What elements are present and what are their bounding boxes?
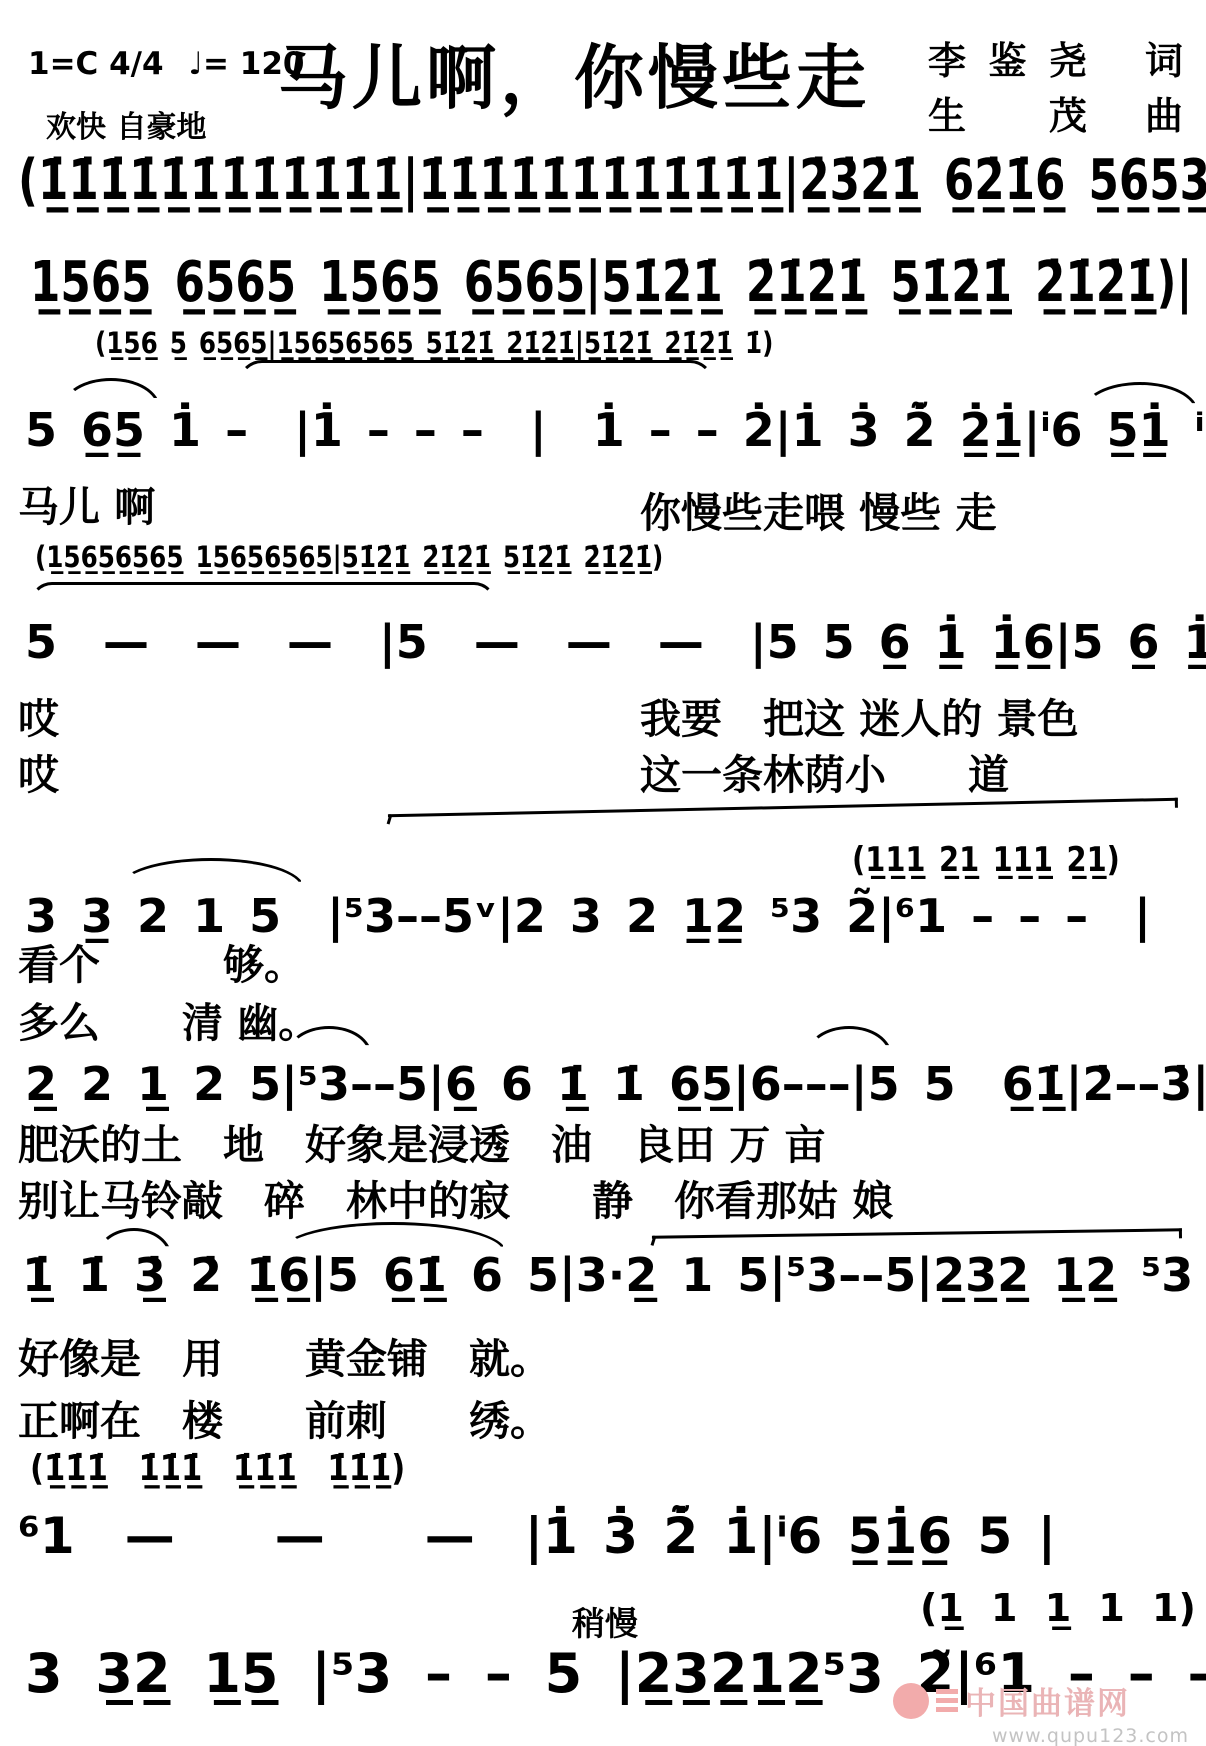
composer-credit: 生 茂 曲 — [928, 89, 1183, 144]
lyrics-line-2-verse1-left: 哎 — [18, 686, 59, 745]
song-title: 马儿啊，你慢些走 — [278, 22, 870, 123]
pickup-notes-2: (1̲5̲6̲5̲6̲5̲6̲5̲ 1̲5̲6̲5̲6̲5̲6̲5̲|5̲1̲̇… — [35, 540, 663, 574]
lyrics-line-2-verse1-right: 我要 把这 迷人的 景色 — [640, 686, 1079, 745]
phrase-slur-arc — [238, 360, 714, 390]
lyrics-line-4-verse1: 肥沃的土 地 好象是浸透 油 良田 万 亩 — [18, 1112, 826, 1171]
lyrics-line-2-verse2-left: 哎 — [18, 742, 59, 801]
lyrics-line-4-verse2: 别让马铃敲 碎 林中的寂 静 你看那姑 娘 — [18, 1168, 893, 1227]
lyrics-line-2-verse2-right: 这一条林荫小 道 — [640, 742, 1009, 801]
lyricist-credit: 李鉴尧 词 — [928, 34, 1183, 89]
lyrics-line-3-verse1: 看个 够。 — [18, 932, 305, 991]
watermark-site-name: 中国曲谱网 — [965, 1678, 1130, 1723]
fill-notes-3: (1̲ 1 1̲ 1 1) — [920, 1586, 1196, 1630]
watermark-site-url: www.qupu123.com — [893, 1725, 1193, 1746]
lyrics-line-5-verse1: 好像是 用 黄金铺 就。 — [18, 1326, 551, 1385]
expression-marking: 欢快 自豪地 — [46, 102, 206, 146]
intro-notes-line-1: (1̲̇1̲̇1̲̇1̲̇1̲̇1̲̇1̲̇1̲̇1̲̇1̲̇1̲̇1̲̇|1̲… — [18, 148, 1206, 213]
fill-notes-1: (1̲1̲1̲ 2̲1̲ 1̲1̲1̲ 2̲1̲) — [852, 840, 1120, 880]
lyrics-line-1-left: 马儿 啊 — [18, 474, 155, 533]
pickup-notes-1: (1̲5̲6̲ 5̲ 6̲5̲6̲5̲|1̲5̲6̲5̲6̲5̲6̲5̲ 5̲1… — [95, 326, 773, 360]
melody-line-4: 2̲ 2 1̲ 2 5|⁵3––5|6̲ 6 1̲̇ 1̇ 6̲5̲|6–––|… — [25, 1048, 1206, 1114]
lyrics-line-5-verse2: 正啊在 楼 前刺 绣。 — [18, 1388, 551, 1447]
qupu-logo-icon — [893, 1683, 929, 1719]
key-signature: 1=C 4/4 — [28, 46, 164, 82]
melody-line-1: 5 6̲5̲ 1̇ – |1̇ – – – | 1̇ – – 2̇|1̇ 3̇ … — [25, 394, 1206, 460]
tempo-change-label: 稍慢 — [572, 1598, 638, 1645]
key-time-signature: 1=C 4/4 ♩= 120 — [28, 46, 304, 82]
melody-line-2: 5 — — — |5 — — — |5 5 6̲ 1̲̇ 1̲̇6̲|5 6̲ … — [25, 606, 1206, 672]
watermark: 中国曲谱网 www.qupu123.com — [893, 1678, 1193, 1746]
sheet-music-page: 1=C 4/4 ♩= 120 欢快 自豪地 马儿啊，你慢些走 李鉴尧 词 生 茂… — [0, 0, 1206, 1746]
phrase-extension-line — [388, 798, 1178, 830]
lyrics-line-1-right: 你慢些走喂 慢些 走 — [640, 480, 997, 539]
melody-line-6: ⁶1 — — — |1̇ 3̇ 2̇̃ 1̇|ⁱ6 5̲1̲̇6̲ 5 | — [18, 1496, 1056, 1568]
melody-line-5: 1̲̇ 1̇ 3̲̇ 2̇ 1̲̇6̲|5 6̲1̲̇ 6 5|3·2̲ 1 5… — [22, 1248, 1206, 1302]
credits: 李鉴尧 词 生 茂 曲 — [928, 34, 1183, 144]
lyrics-line-3-verse2: 多么 清 幽。 — [18, 990, 319, 1049]
intro-notes-line-2: 1̲5̲6̲5̲ 6̲5̲6̲5̲ 1̲5̲6̲5̲ 6̲5̲6̲5̲|5̲1̲… — [30, 250, 1192, 315]
fill-notes-2: (1̲̇1̲̇1̲̇ 1̲̇1̲̇1̲̇ 1̲̇1̲̇1̲̇ 1̲̇1̲̇1̲̇… — [30, 1440, 405, 1491]
qupu-logo-bars-icon — [936, 1689, 958, 1712]
